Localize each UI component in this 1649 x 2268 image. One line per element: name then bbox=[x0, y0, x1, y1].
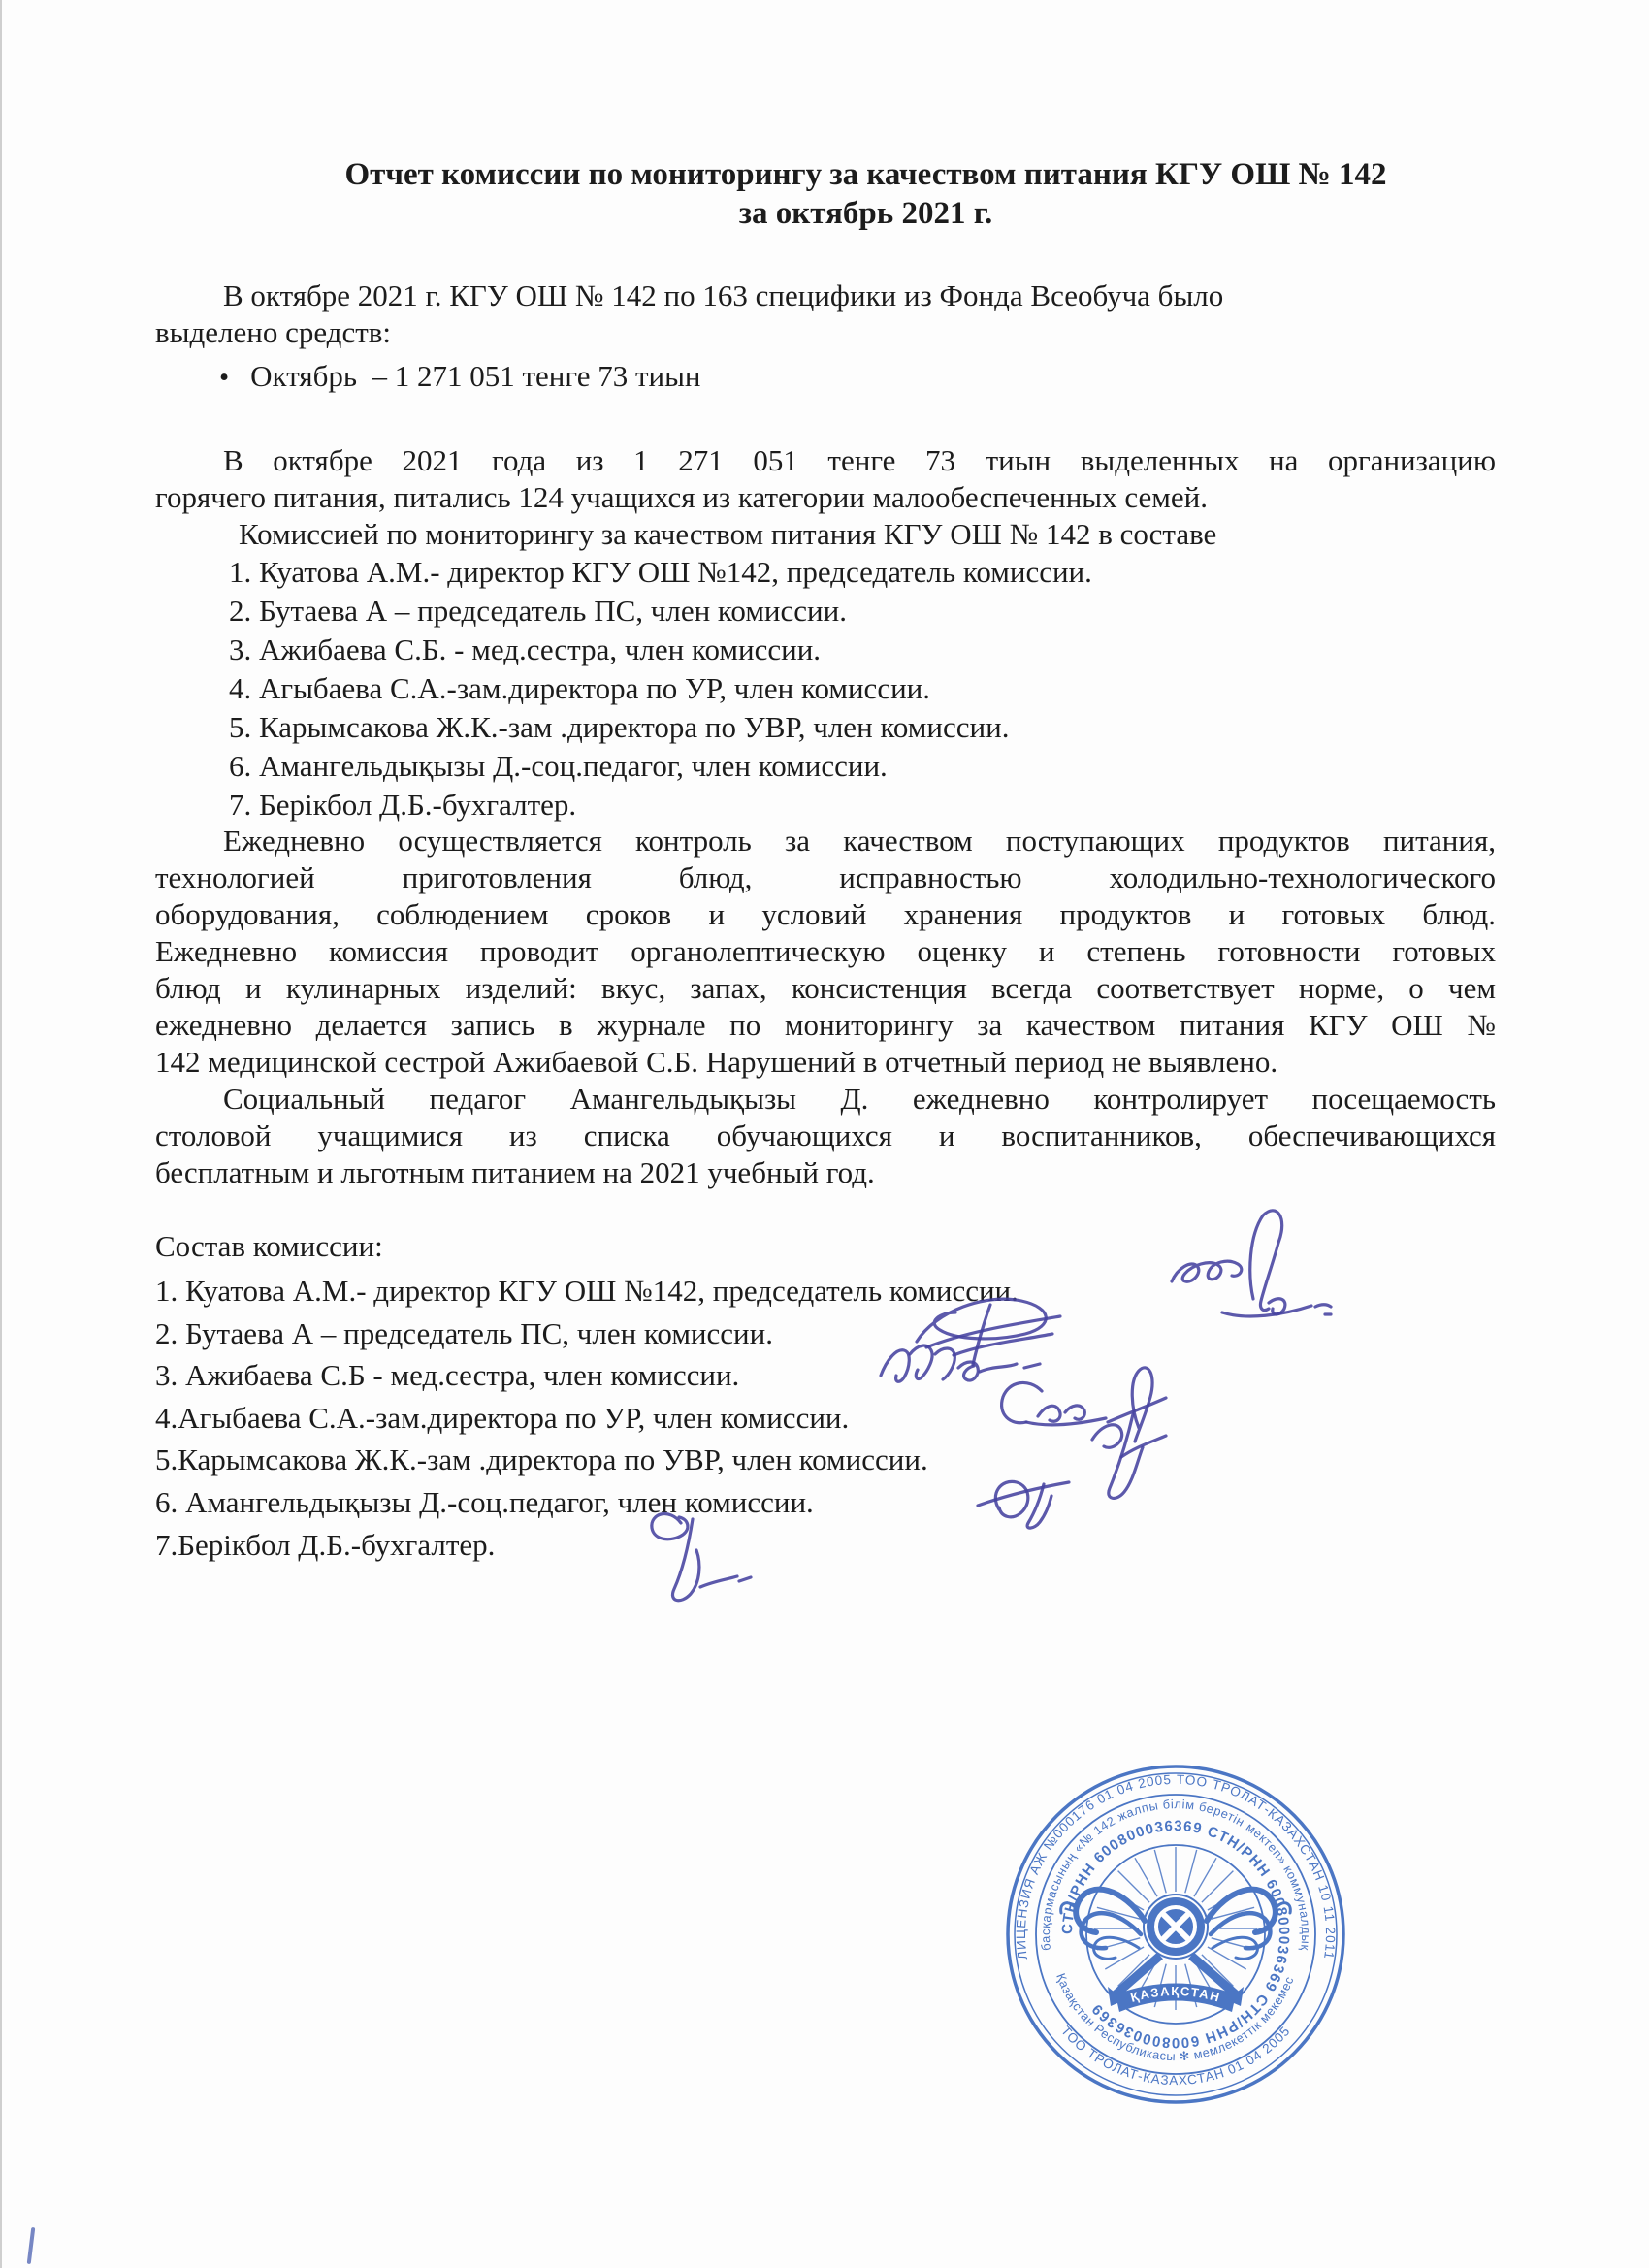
text-line: Комиссией по мониторингу за качеством пи… bbox=[155, 516, 1496, 553]
list-item: 3. Ажибаева С.Б. - мед.сестра, член коми… bbox=[155, 631, 1496, 669]
text-line: оборудования, соблюдением сроков и услов… bbox=[155, 896, 1496, 933]
bullet-text: Октябрь – 1 271 051 тенге 73 тиын bbox=[250, 359, 700, 393]
title-line: за октябрь 2021 г. bbox=[194, 194, 1537, 233]
official-stamp: ЛИЦЕНЗИЯ АЖ №000176 01 04 2005 ТОО ТРОЛА… bbox=[997, 1756, 1354, 2118]
text-line: ежедневно делается запись в журнале по м… bbox=[155, 1007, 1496, 1044]
list-item: 7.Берікбол Д.Б.-бухгалтер. bbox=[155, 1524, 1496, 1567]
signature-ink-6 bbox=[964, 1469, 1086, 1531]
text-line: 142 медицинской сестрой Ажибаевой С.Б. Н… bbox=[155, 1044, 1496, 1081]
text-line: бесплатным и льготным питанием на 2021 у… bbox=[155, 1154, 1496, 1191]
text-line: выделено средств: bbox=[155, 314, 1496, 351]
text-line: В октябре 2021 г. КГУ ОШ № 142 по 163 сп… bbox=[155, 277, 1496, 314]
signature-ink-5 bbox=[1073, 1407, 1181, 1500]
pen-mark bbox=[27, 2227, 36, 2264]
list-item: 2. Бутаева А – председатель ПС, член ком… bbox=[155, 592, 1496, 631]
list-item: 5. Карымсакова Ж.К.-зам .директора по УВ… bbox=[155, 708, 1496, 747]
text-line: блюд и кулинарных изделий: вкус, запах, … bbox=[155, 970, 1496, 1007]
list-item: 6. Амангельдықызы Д.-соц.педагог, член к… bbox=[155, 747, 1496, 786]
text-line: горячего питания, питались 124 учащихся … bbox=[155, 479, 1496, 516]
text-line: технологией приготовления блюд, исправно… bbox=[155, 859, 1496, 896]
text-line: В октябре 2021 года из 1 271 051 тенге 7… bbox=[155, 442, 1496, 479]
list-item: 5.Карымсакова Ж.К.-зам .директора по УВР… bbox=[155, 1439, 1496, 1481]
text-line: Социальный педагог Амангельдықызы Д. еже… bbox=[155, 1081, 1496, 1118]
members-list: 1. Куатова А.М.- директор КГУ ОШ №142, п… bbox=[155, 553, 1496, 825]
list-item: 7. Берікбол Д.Б.-бухгалтер. bbox=[155, 786, 1496, 825]
signature-ink-7 bbox=[640, 1502, 757, 1610]
scanned-report-page: Отчет комиссии по мониторингу за качеств… bbox=[0, 0, 1649, 2268]
signature-ink-1 bbox=[1164, 1206, 1348, 1327]
text-line: Ежедневно комиссия проводит органолептич… bbox=[155, 933, 1496, 970]
list-item: 1. Куатова А.М.- директор КГУ ОШ №142, п… bbox=[155, 553, 1496, 592]
list-item: 3. Ажибаева С.Б - мед.сестра, член комис… bbox=[155, 1354, 1496, 1397]
list-item: 4.Агыбаева С.А.-зам.директора по УР, чле… bbox=[155, 1397, 1496, 1440]
scan-edge-line bbox=[0, 0, 2, 2268]
paragraph-october: В октябре 2021 года из 1 271 051 тенге 7… bbox=[155, 442, 1496, 516]
stamp-shanyrak bbox=[1144, 1895, 1208, 1959]
paragraph-social: Социальный педагог Амангельдықызы Д. еже… bbox=[155, 1081, 1496, 1191]
bullet-marker: • bbox=[219, 358, 229, 397]
bullet-line: •Октябрь – 1 271 051 тенге 73 тиын bbox=[155, 357, 1560, 397]
paragraph-daily-control: Ежедневно осуществляется контроль за кач… bbox=[155, 823, 1496, 1081]
paragraph-funds: В октябре 2021 г. КГУ ОШ № 142 по 163 сп… bbox=[155, 277, 1496, 351]
text-line: Ежедневно осуществляется контроль за кач… bbox=[155, 823, 1496, 859]
document-title: Отчет комиссии по мониторингу за качеств… bbox=[194, 155, 1537, 233]
list-item: 4. Агыбаева С.А.-зам.директора по УР, чл… bbox=[155, 669, 1496, 708]
commission-intro: Комиссией по мониторингу за качеством пи… bbox=[155, 516, 1496, 553]
list-item: 6. Амангельдықызы Д.-соц.педагог, член к… bbox=[155, 1481, 1496, 1524]
title-line: Отчет комиссии по мониторингу за качеств… bbox=[194, 155, 1537, 194]
text-line: столовой учащимися из списка обучающихся… bbox=[155, 1118, 1496, 1154]
